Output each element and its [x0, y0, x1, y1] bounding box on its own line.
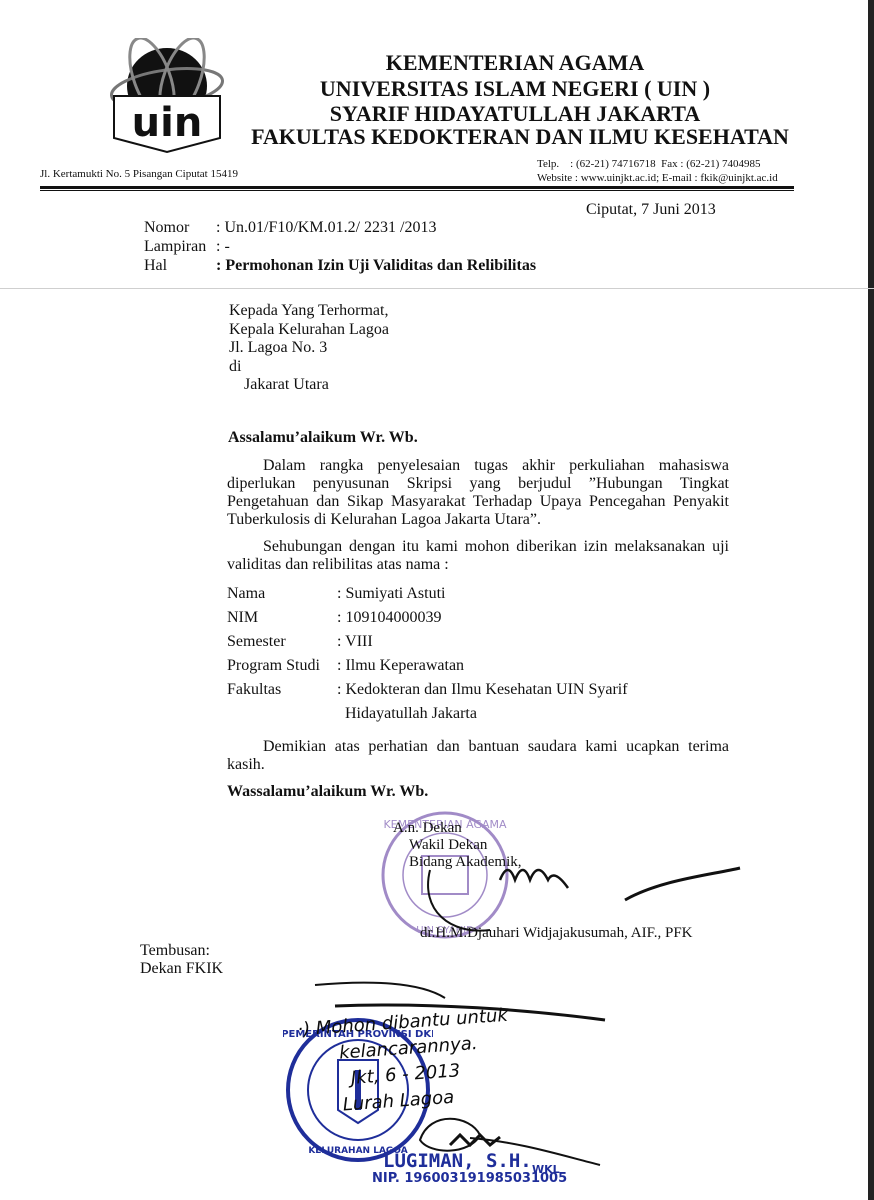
header-rule-thick	[40, 186, 794, 189]
field-label: Fakultas	[227, 678, 337, 702]
cc-block: Tembusan: Dekan FKIK	[140, 942, 223, 978]
student-row: Fakultas: Kedokteran dan Ilmu Kesehatan …	[227, 678, 628, 702]
header-faculty: FAKULTAS KEDOKTERAN DAN ILMU KESEHATAN	[230, 124, 810, 150]
field-value: : Kedokteran dan Ilmu Kesehatan UIN Syar…	[337, 678, 628, 702]
student-row: Hidayatullah Jakarta	[227, 702, 628, 726]
recipient-line: Kepala Kelurahan Lagoa	[229, 321, 389, 340]
paragraph-intro-text: Dalam rangka penyelesaian tugas akhir pe…	[227, 457, 729, 528]
cc-value: Dekan FKIK	[140, 960, 223, 978]
student-details: Nama: Sumiyati Astuti NIM: 109104000039 …	[227, 582, 628, 726]
field-label: Semester	[227, 630, 337, 654]
field-label: NIM	[227, 606, 337, 630]
header-rule-thin	[40, 190, 794, 191]
paragraph-intro: Dalam rangka penyelesaian tugas akhir pe…	[227, 457, 729, 529]
field-value: : 109104000039	[337, 606, 441, 630]
svg-text:uin: uin	[132, 100, 203, 146]
lampiran-label: Lampiran	[144, 237, 216, 256]
lurah-name: LUGIMAN, S.H.	[383, 1150, 532, 1172]
paragraph-request-text: Sehubungan dengan itu kami mohon diberik…	[227, 538, 729, 573]
uin-logo-icon: uin	[102, 38, 232, 156]
greeting: Assalamu’alaikum Wr. Wb.	[228, 429, 418, 447]
field-value: Hidayatullah Jakarta	[337, 702, 477, 726]
field-label	[227, 702, 337, 726]
field-value: : Sumiyati Astuti	[337, 582, 445, 606]
paragraph-request: Sehubungan dengan itu kami mohon diberik…	[227, 538, 729, 574]
signature-role: A.n. Dekan	[393, 820, 522, 837]
recipient-line: Jl. Lagoa No. 3	[229, 339, 389, 358]
header-address: Jl. Kertamukti No. 5 Pisangan Ciputat 15…	[40, 168, 238, 180]
recipient-line: Jakarat Utara	[229, 376, 389, 395]
lurah-suffix: WKL	[532, 1163, 560, 1176]
header-web: Website : www.uinjkt.ac.id; E-mail : fki…	[537, 171, 778, 185]
closing-greeting: Wassalamu’alaikum Wr. Wb.	[227, 783, 428, 801]
letter-date: Ciputat, 7 Juni 2013	[586, 201, 716, 219]
letter-meta: Nomor: Un.01/F10/KM.01.2/ 2231 /2013 Lam…	[144, 218, 536, 275]
paragraph-closing-text: Demikian atas perhatian dan bantuan saud…	[227, 738, 729, 773]
recipient-block: Kepada Yang Terhormat, Kepala Kelurahan …	[229, 302, 389, 395]
recipient-line: di	[229, 358, 389, 377]
signatory-name: dr.H.M.Djauhari Widjajakusumah, AIF., PF…	[420, 925, 693, 942]
nomor-value: : Un.01/F10/KM.01.2/ 2231 /2013	[216, 218, 436, 237]
header-contact: Telp. : (62-21) 74716718 Fax : (62-21) 7…	[537, 157, 778, 185]
header-university: UNIVERSITAS ISLAM NEGERI ( UIN )	[250, 76, 780, 102]
student-row: NIM: 109104000039	[227, 606, 628, 630]
nomor-label: Nomor	[144, 218, 216, 237]
scan-edge	[868, 0, 874, 1200]
paragraph-closing: Demikian atas perhatian dan bantuan saud…	[227, 738, 729, 774]
lampiran-value: : -	[216, 237, 230, 256]
hal-label: Hal	[144, 256, 216, 275]
field-label: Nama	[227, 582, 337, 606]
cc-label: Tembusan:	[140, 942, 223, 960]
handwritten-note: ·) Mohon dibantu untuk kelancarannya. Jk…	[297, 1003, 514, 1121]
header-phone: Telp. : (62-21) 74716718 Fax : (62-21) 7…	[537, 157, 778, 171]
scan-artifact-line	[0, 288, 874, 289]
student-row: Semester: VIII	[227, 630, 628, 654]
student-row: Nama: Sumiyati Astuti	[227, 582, 628, 606]
field-value: : VIII	[337, 630, 373, 654]
field-label: Program Studi	[227, 654, 337, 678]
hal-value: : Permohonan Izin Uji Validitas dan Reli…	[216, 256, 536, 275]
recipient-line: Kepada Yang Terhormat,	[229, 302, 389, 321]
header-ministry: KEMENTERIAN AGAMA	[250, 50, 780, 76]
student-row: Program Studi: Ilmu Keperawatan	[227, 654, 628, 678]
field-value: : Ilmu Keperawatan	[337, 654, 464, 678]
